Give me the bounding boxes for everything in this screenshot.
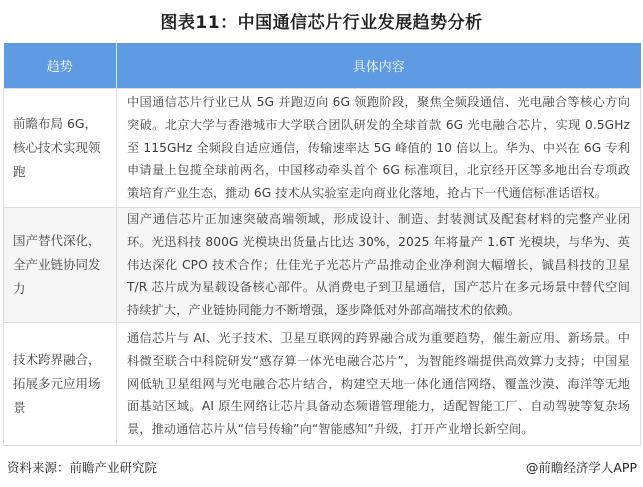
- table-row: 前瞻布局 6G，核心技术实现领跑 中国通信芯片行业已从 5G 并跑迈向 6G 领…: [4, 89, 641, 208]
- trend-cell: 国产替代深化，全产业链协同发力: [4, 208, 117, 323]
- credit-note: @前瞻经济学人APP: [526, 458, 637, 476]
- content-cell: 中国通信芯片行业已从 5G 并跑迈向 6G 领跑阶段，聚焦全频段通信、光电融合等…: [117, 89, 641, 208]
- content-cell: 通信芯片与 AI、光子技术、卫星互联网的跨界融合成为重要趋势，催生新应用、新场景…: [117, 322, 641, 445]
- source-note: 资料来源：前瞻产业研究院: [7, 458, 157, 476]
- column-header-content: 具体内容: [117, 43, 641, 89]
- trend-cell: 技术跨界融合，拓展多元应用场景: [4, 322, 117, 445]
- table-header-row: 趋势 具体内容: [4, 43, 641, 89]
- column-header-trend: 趋势: [4, 43, 117, 89]
- footer: 资料来源：前瞻产业研究院 @前瞻经济学人APP: [7, 458, 637, 476]
- table-row: 国产替代深化，全产业链协同发力 国产通信芯片正加速突破高端领域，形成设计、制造、…: [4, 208, 641, 323]
- trend-cell: 前瞻布局 6G，核心技术实现领跑: [4, 89, 117, 208]
- content-cell: 国产通信芯片正加速突破高端领域，形成设计、制造、封装测试及配套材料的完整产业闭环…: [117, 208, 641, 323]
- table-row: 技术跨界融合，拓展多元应用场景 通信芯片与 AI、光子技术、卫星互联网的跨界融合…: [4, 322, 641, 445]
- chart-title: 图表11：中国通信芯片行业发展趋势分析: [0, 8, 643, 33]
- trend-analysis-table: 趋势 具体内容 前瞻布局 6G，核心技术实现领跑 中国通信芯片行业已从 5G 并…: [3, 43, 641, 446]
